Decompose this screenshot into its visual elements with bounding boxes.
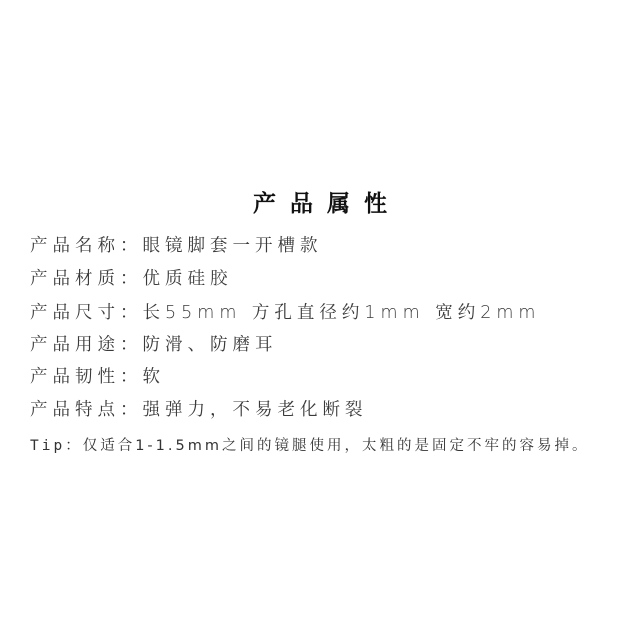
attribute-row-size: 产品尺寸：长55mm 方孔直径约1mm 宽约2mm [30,299,540,324]
tip-text: 仅适合1-1.5mm之间的镜腿使用，太粗的是固定不牢的容易掉。 [83,438,590,454]
attribute-value: 防滑、防磨耳 [143,335,278,355]
attribute-label: 产品名称： [30,236,143,256]
attribute-value: 眼镜脚套一开槽款 [143,236,323,256]
attribute-row-name: 产品名称：眼镜脚套一开槽款 [30,232,323,257]
attribute-label: 产品韧性： [30,367,143,387]
attribute-label: 产品尺寸： [30,303,143,323]
attribute-row-material: 产品材质：优质硅胶 [30,265,233,290]
attribute-value: 长55mm 方孔直径约1mm 宽约2mm [143,303,541,323]
attribute-value: 强弹力，不易老化断裂 [143,400,368,420]
attribute-label: 产品特点： [30,400,143,420]
attribute-label: 产品用途： [30,335,143,355]
attribute-value: 优质硅胶 [143,269,233,289]
tip-note: Tip：仅适合1-1.5mm之间的镜腿使用，太粗的是固定不牢的容易掉。 [30,434,589,455]
attribute-row-toughness: 产品韧性：软 [30,363,165,388]
attribute-value: 软 [143,367,166,387]
tip-label: Tip： [30,438,83,454]
attribute-row-usage: 产品用途：防滑、防磨耳 [30,331,278,356]
attribute-row-features: 产品特点：强弹力，不易老化断裂 [30,396,368,421]
product-attributes-title: 产品属性 [0,185,640,218]
attribute-label: 产品材质： [30,269,143,289]
